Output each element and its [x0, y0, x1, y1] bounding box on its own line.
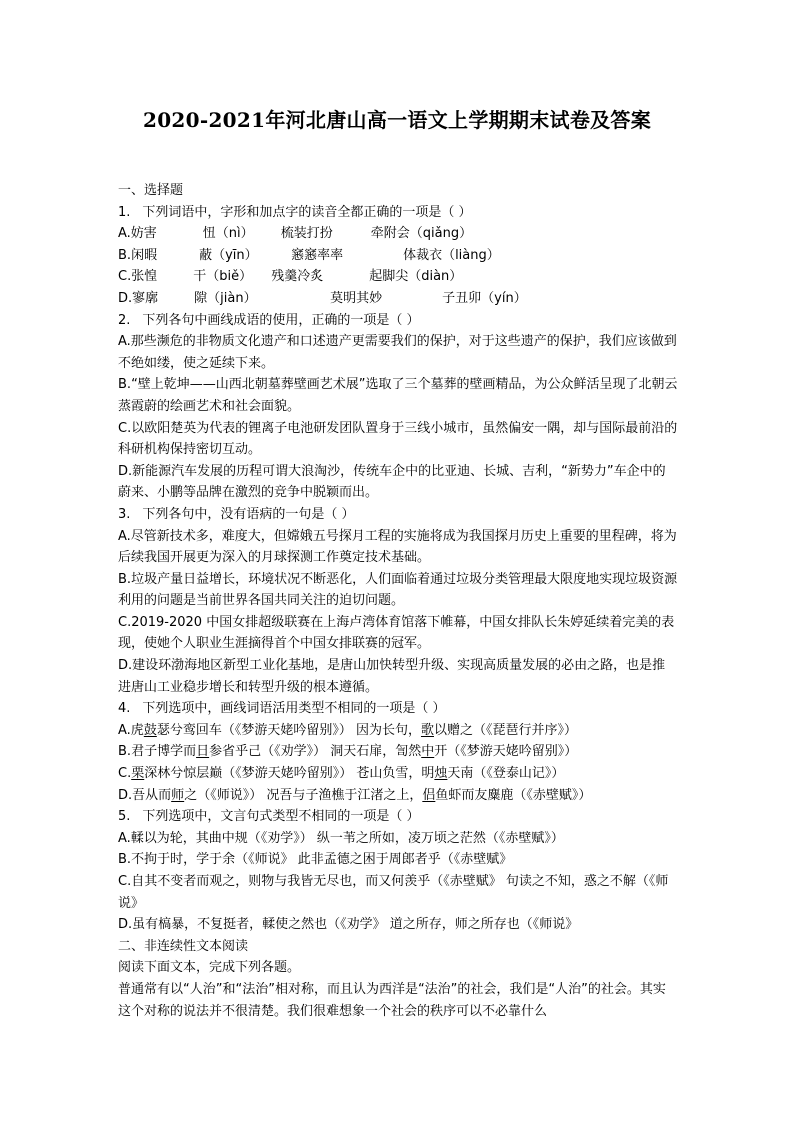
question-3-stem: 3.下列各句中，没有语病的一句是（ ）: [118, 504, 678, 526]
question-2-option-a: A.那些濒危的非物质文化遗产和口述遗产更需要我们的保护，对于这些遗产的保护，我们…: [118, 331, 678, 374]
question-1-option-c: C.张惶干（biě）残羹冷炙起脚尖（diàn）: [118, 266, 678, 288]
underlined-word: 歌: [421, 723, 434, 738]
underlined-word: 侣: [422, 788, 435, 803]
underlined-word: 鼓: [144, 723, 157, 738]
question-2-stem: 2.下列各句中画线成语的使用，正确的一项是（ ）: [118, 310, 678, 332]
question-3-option-c: C.2019-2020 中国女排超级联赛在上海卢湾体育馆落下帷幕，中国女排队长朱…: [118, 612, 678, 655]
underlined-word: 栗: [131, 766, 144, 781]
question-5-option-c: C.自其不变者而观之，则物与我皆无尽也，而又何羡乎（《赤壁赋》 句读之不知，惑之…: [118, 871, 678, 914]
reading-instruction: 阅读下面文本，完成下列各题。: [118, 957, 678, 979]
question-5-option-a: A.輮以为轮，其曲中规（《劝学》） 纵一苇之所如，凌万顷之茫然（《赤壁赋》）: [118, 828, 678, 850]
question-2-option-c: C.以欧阳楚英为代表的锂离子电池研发团队置身于三线小城市，虽然偏安一隅，却与国际…: [118, 418, 678, 461]
document-title: 2020-2021年河北唐山高一语文上学期期末试卷及答案: [0, 104, 794, 133]
underlined-word: 师: [171, 788, 184, 803]
section-heading-choice: 一、选择题: [118, 180, 678, 202]
question-4-option-b: B.君子博学而日参省乎己（《劝学》） 洞天石扉，訇然中开（《梦游天姥吟留别》）: [118, 741, 678, 763]
question-4-option-a: A.虎鼓瑟兮鸾回车（《梦游天姥吟留别》） 因为长句，歌以赠之（《琵琶行并序》）: [118, 720, 678, 742]
question-1-option-a: A.妨害忸（nì）梳装打扮牵附会（qiǎng）: [118, 223, 678, 245]
question-5-option-d: D.虽有槁暴，不复挺者，輮使之然也（《劝学》 道之所存，师之所存也（《师说》: [118, 914, 678, 936]
question-1-option-d: D.寥廓隙（jiàn）莫明其妙子丑卯（yín）: [118, 288, 678, 310]
underlined-word: 日: [196, 744, 209, 759]
question-4-option-d: D.吾从而师之（《师说》） 况吾与子渔樵于江渚之上，侣鱼虾而友麋鹿（《赤壁赋》）: [118, 785, 678, 807]
question-4-option-c: C.栗深林兮惊层巅（《梦游天姥吟留别》） 苍山负雪，明烛天南（《登泰山记》）: [118, 763, 678, 785]
underlined-word: 中: [421, 744, 434, 759]
question-5-option-b: B.不拘于时，学于余（《师说》 此非孟德之困于周郎者乎（《赤壁赋》: [118, 849, 678, 871]
question-1-stem: 1.下列词语中，字形和加点字的读音全都正确的一项是（ ）: [118, 202, 678, 224]
question-4-stem: 4.下列选项中，画线词语活用类型不相同的一项是（ ）: [118, 698, 678, 720]
document-body: 一、选择题 1.下列词语中，字形和加点字的读音全都正确的一项是（ ） A.妨害忸…: [118, 180, 678, 1022]
reading-passage: 普通常有以“人治”和“法治”相对称，而且认为西洋是“法治”的社会，我们是“人治”…: [118, 979, 678, 1022]
question-2-option-b: B.“壁上乾坤——山西北朝墓葬壁画艺术展”选取了三个墓葬的壁画精品，为公众鲜活呈…: [118, 374, 678, 417]
section-heading-reading: 二、非连续性文本阅读: [118, 936, 678, 958]
question-5-stem: 5.下列选项中，文言句式类型不相同的一项是（ ）: [118, 806, 678, 828]
question-3-option-b: B.垃圾产量日益增长，环境状况不断恶化，人们面临着通过垃圾分类管理最大限度地实现…: [118, 569, 678, 612]
question-3-option-d: D.建设环渤海地区新型工业化基地，是唐山加快转型升级、实现高质量发展的必由之路，…: [118, 655, 678, 698]
underlined-word: 烛: [434, 766, 447, 781]
question-1-option-b: B.闲暇蔽（yīn）窸窸率率体裁衣（liàng）: [118, 245, 678, 267]
question-3-option-a: A.尽管新技术多，难度大，但嫦娥五号探月工程的实施将成为我国探月历史上重要的里程…: [118, 526, 678, 569]
question-2-option-d: D.新能源汽车发展的历程可谓大浪淘沙，传统车企中的比亚迪、长城、吉利，“新势力”…: [118, 461, 678, 504]
